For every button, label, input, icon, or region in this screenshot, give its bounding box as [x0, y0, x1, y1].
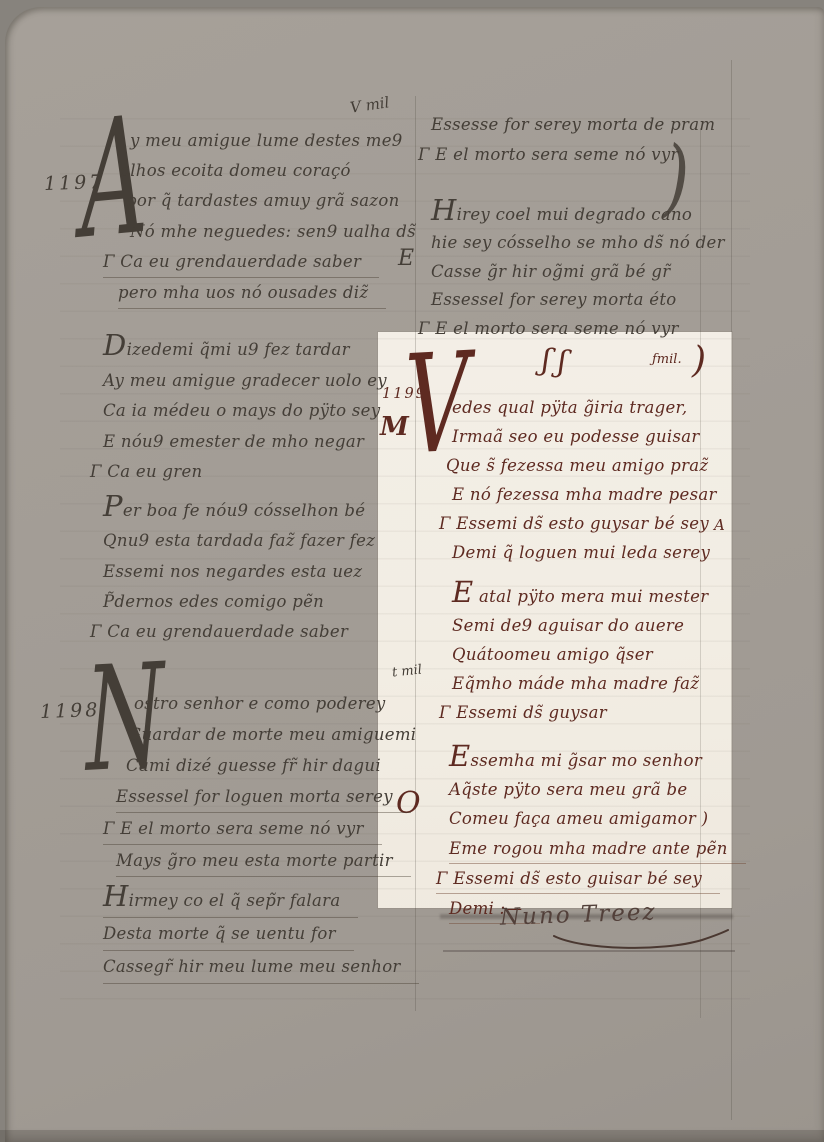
verse-line: Eme rogou mha madre ante pẽn [449, 834, 746, 864]
verse-line: Qnu9 esta tardada faz̃ fazer fez [103, 526, 375, 556]
verse-line: Γ E el morto sera seme nó vyr [418, 140, 715, 170]
verse-line: Cassegr̃ hir meu lume meu senhor [103, 951, 419, 984]
mil-annotation-highlight: ƒmil. [652, 352, 682, 367]
signature-flourish-icon [552, 928, 730, 952]
scribe-signature: Nuno Treez [500, 899, 657, 930]
verse-line: Essesse for serey morta de pram [431, 110, 715, 140]
folio-number-1198: 1198 [40, 699, 101, 723]
verse-line: Ay meu amigue gradecer uolo ey [103, 366, 387, 397]
verse-line: por q̃ tardastes amuy grã sazon [126, 186, 416, 216]
stanza-hirey-coel: Hirey coel mui degrado cano hie sey cóss… [431, 196, 725, 343]
verse-line: pero mha uos nó ousades diz̃ [118, 278, 386, 309]
verse-line: Γ Essemi ds̃ esto guysar bé sey [439, 509, 717, 538]
stanza-per-boa-fe: Per boa fe nóu9 cósselhon bé Qnu9 esta t… [103, 492, 375, 647]
stanza-1199: edes qual pÿta g̃iria trager, Irmaã seo … [452, 393, 717, 567]
manuscript-scan: 1197 1198 1199 A N V V mil t mil ƒmil. E… [0, 0, 824, 1142]
stanza-e-atal: E atal pÿto mera mui mester Semi de9 agu… [452, 578, 708, 727]
verse-line: Irmaã seo eu podesse guisar [452, 422, 717, 451]
verse-line: Essessel for serey morta éto [431, 286, 725, 314]
verse-line: Γ Essemi ds̃ guysar [439, 698, 708, 727]
verse-line: Semi de9 aguisar do auere [452, 611, 708, 640]
verse-line: y meu amigue lume destes me9 [130, 126, 416, 156]
verse-line: Demi q̃ loguen mui leda serey [452, 538, 717, 567]
stanza-essemha: Essemha mi g̃sar mo senhor Aq̃ste pÿto s… [449, 742, 746, 924]
stanza-1197: y meu amigue lume destes me9 olhos ecoit… [116, 126, 416, 309]
verse-line: Essessel for loguen morta serey [116, 781, 411, 813]
verse-line: Γ Ca eu grendauerdade saber [90, 617, 375, 647]
verse-line: Desta morte q̃ se uentu for [103, 918, 354, 951]
verse-line: E nó fezessa mha madre pesar [452, 480, 717, 509]
verse-line: Γ Essemi ds̃ esto guisar bé sey [436, 864, 720, 894]
verse-line: Comeu faça ameu amigamor ) [449, 804, 746, 833]
verse-line: hie sey cósselho se mho ds̃ nó der [431, 229, 725, 257]
folio-number-1197: 1197 [44, 171, 105, 195]
squiggle-flourish-icon: ʃʃ [540, 342, 576, 380]
stanza-1198: ostro senhor e como poderey Guardar de m… [116, 688, 416, 877]
stanza-hirmey: Hirmey co el q̃ sep̃r falara Desta morte… [103, 882, 419, 984]
verse-line: P̃dernos edes comigo pẽn [103, 587, 375, 617]
verse-line: edes qual pÿta g̃iria trager, [452, 393, 717, 422]
verse-line: Casse g̃r hir og̃mi grã bé gr̃ [431, 258, 725, 286]
verse-line: Γ E el morto sera seme nó vyr [418, 315, 725, 343]
verse-line: Mays g̃ro meu esta morte partir [116, 845, 411, 877]
verse-line: olhos ecoita domeu coraçó [120, 156, 416, 186]
verse-line: Hirey coel mui degrado cano [431, 196, 725, 229]
verse-line: Nó mhe neguedes: sen9 ualha ds̃ [130, 217, 416, 247]
verse-line: Guardar de morte meu amiguemi [128, 719, 416, 750]
verse-line: ostro senhor e como poderey [134, 688, 416, 719]
verse-line: Ca ia médeu o mays do pÿto sey [103, 396, 387, 427]
verse-line: Γ Ca eu gren [90, 457, 387, 488]
verse-line: E nóu9 emester de mho negar [103, 427, 387, 458]
stanza-dizedemi: Dizedemi q̃mi u9 fez tardar Ay meu amigu… [103, 331, 387, 488]
verse-line: Γ E el morto sera seme nó vyr [103, 813, 382, 845]
flourish-paren-red-icon: ) [692, 340, 706, 381]
mil-annotation-mid: t mil [391, 662, 422, 680]
page-bottom-edge [0, 1130, 824, 1142]
verse-line: Quátoomeu amigo q̃ser [452, 640, 708, 669]
verse-line: E atal pÿto mera mui mester [452, 578, 708, 611]
verse-line: Essemi nos negardes esta uez [103, 557, 375, 587]
verse-line: Eq̃mho máde mha madre faz̃ [452, 669, 708, 698]
verse-line: Per boa fe nóu9 cósselhon bé [103, 492, 375, 526]
folio-number-1199: 1199 [382, 386, 427, 402]
verse-line: Que s̃ fezessa meu amigo praz̃ [446, 451, 717, 480]
verse-line: Γ Ca eu grendauerdade saber [103, 247, 379, 278]
verse-line: Aq̃ste pÿto sera meu grã be [449, 775, 746, 804]
verse-line: Dizedemi q̃mi u9 fez tardar [103, 331, 387, 366]
verse-line: Cami dizé guesse fr̃ hir dagui [126, 750, 416, 781]
stanza-essesse-for: Essesse for serey morta de pram Γ E el m… [431, 110, 715, 170]
verse-line: Essemha mi g̃sar mo senhor [449, 742, 746, 775]
verse-line: Hirmey co el q̃ sep̃r falara [103, 882, 358, 918]
